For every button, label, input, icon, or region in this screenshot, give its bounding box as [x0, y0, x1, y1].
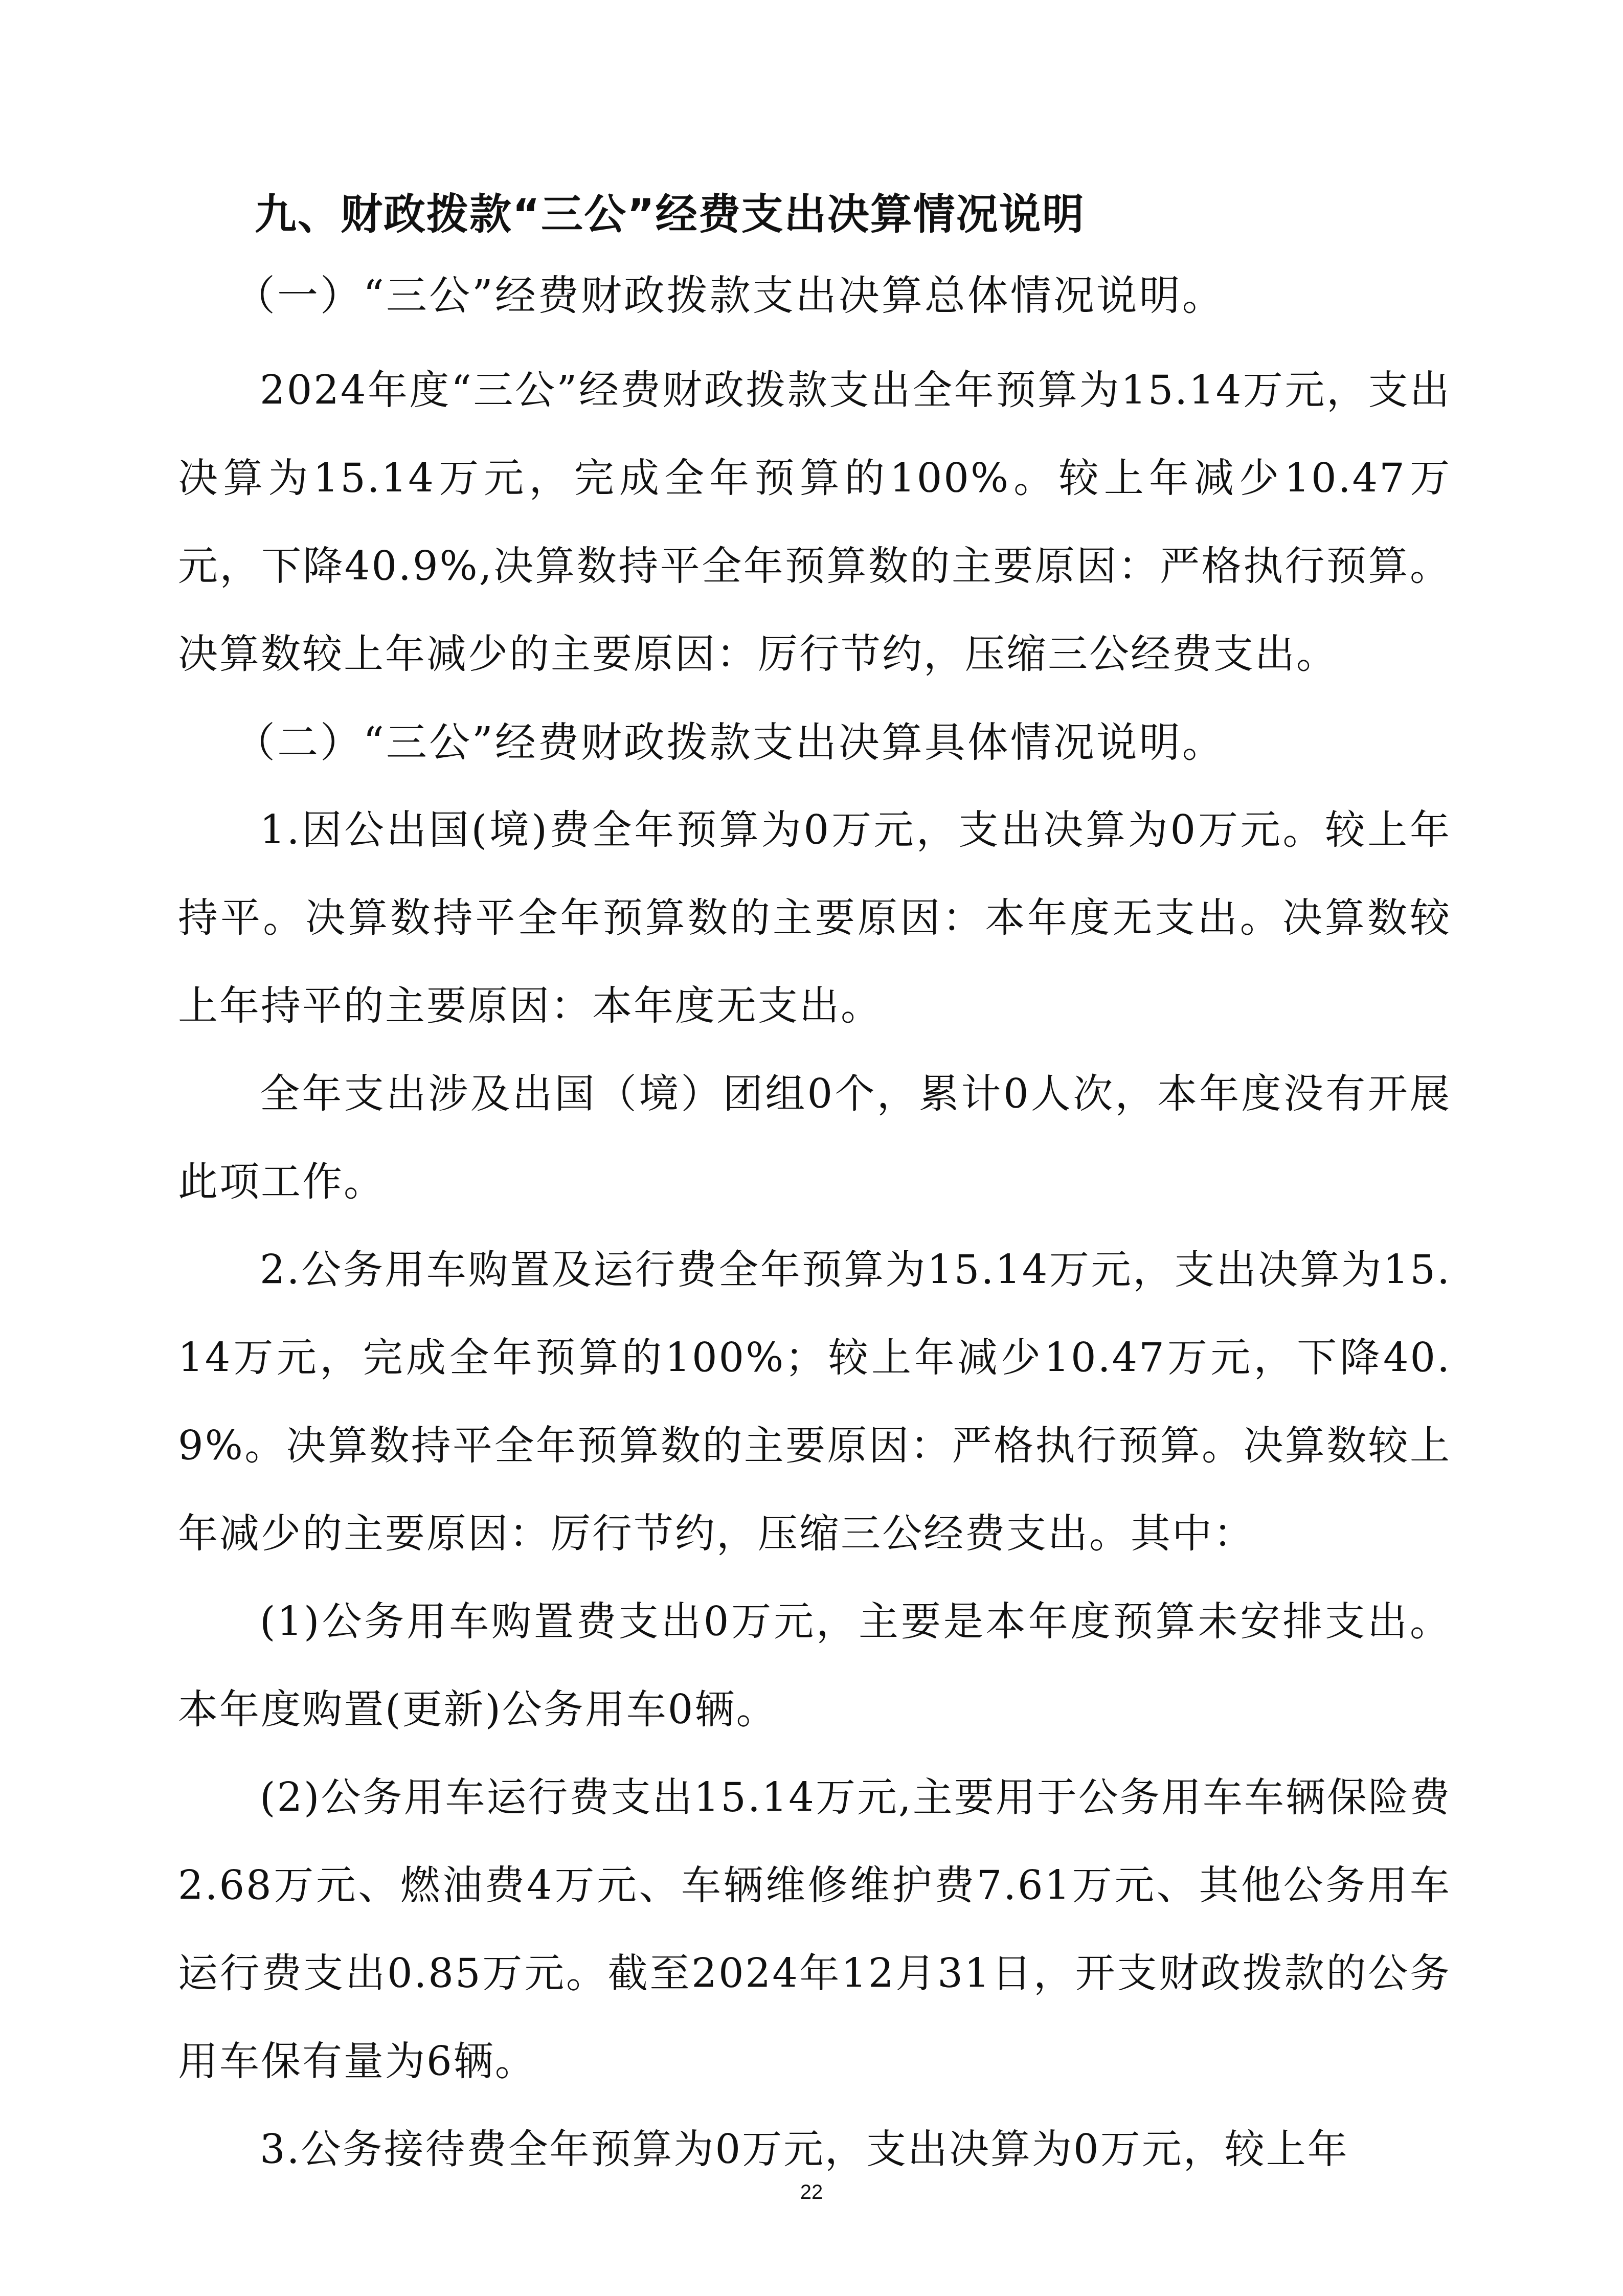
- page-number: 22: [0, 2179, 1623, 2205]
- overseas-groups-paragraph: 全年支出涉及出国（境）团组0个，累计0人次，本年度没有开展此项工作。: [178, 1050, 1451, 1226]
- document-page: 九、财政拨款“三公”经费支出决算情况说明 （一）“三公”经费财政拨款支出决算总体…: [0, 0, 1623, 2296]
- overall-summary-paragraph: 2024年度“三公”经费财政拨款支出全年预算为15.14万元，支出决算为15.1…: [178, 347, 1451, 699]
- vehicle-operation-paragraph: (2)公务用车运行费支出15.14万元,主要用于公务用车车辆保险费2.68万元、…: [178, 1754, 1451, 2106]
- page-content: 九、财政拨款“三公”经费支出决算情况说明 （一）“三公”经费财政拨款支出决算总体…: [178, 189, 1451, 2194]
- vehicle-expense-paragraph: 2.公务用车购置及运行费全年预算为15.14万元，支出决算为15.14万元，完成…: [178, 1226, 1451, 1578]
- section-title: 九、财政拨款“三公”经费支出决算情况说明: [255, 189, 1451, 240]
- subsection-1-heading: （一）“三公”经费财政拨款支出决算总体情况说明。: [234, 270, 1451, 321]
- vehicle-purchase-paragraph: (1)公务用车购置费支出0万元，主要是本年度预算未安排支出。本年度购置(更新)公…: [178, 1578, 1451, 1754]
- subsection-2-heading: （二）“三公”经费财政拨款支出决算具体情况说明。: [234, 699, 1451, 786]
- overseas-expense-paragraph: 1.因公出国(境)费全年预算为0万元，支出决算为0万元。较上年持平。决算数持平全…: [178, 786, 1451, 1050]
